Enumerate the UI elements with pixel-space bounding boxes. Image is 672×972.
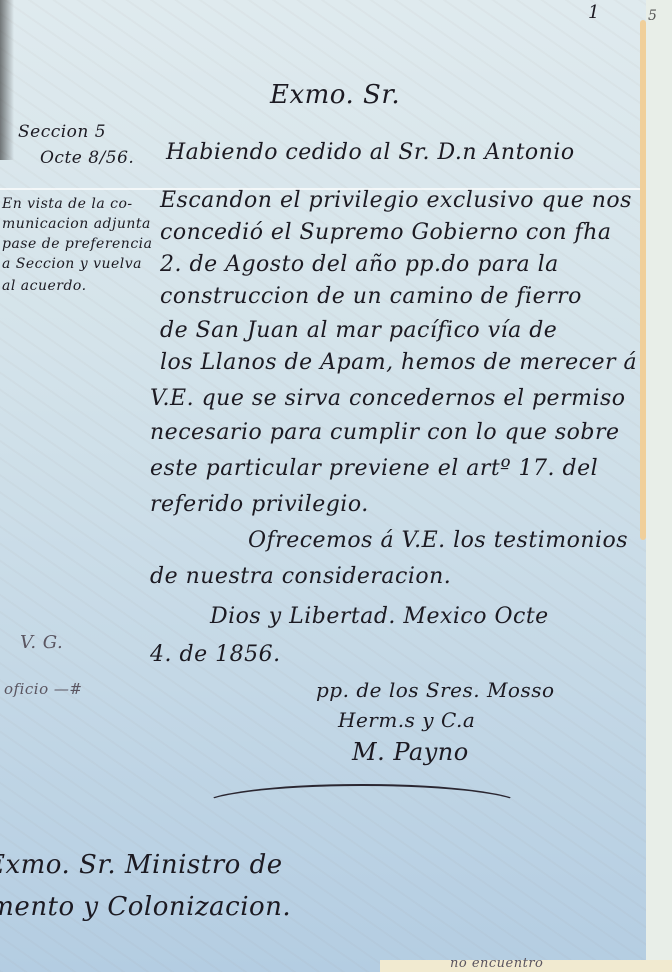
signature-flourish bbox=[200, 784, 524, 828]
body-line: este particular previene el artº 17. del bbox=[150, 456, 598, 481]
closing-line: de nuestra consideracion. bbox=[150, 564, 451, 589]
addressee-line: Fomento y Colonizacion. bbox=[0, 892, 291, 922]
body-line: necesario para cumplir con lo que sobre bbox=[150, 420, 620, 445]
margin-date-note: Octe 8/56. bbox=[40, 148, 134, 168]
page-number-mark: 1 bbox=[588, 2, 600, 23]
margin-oficio-note: oficio —# bbox=[4, 680, 82, 698]
signature-name: M. Payno bbox=[352, 738, 469, 766]
place-date-line: 4. de 1856. bbox=[150, 642, 281, 667]
body-line: construccion de un camino de fierro bbox=[160, 284, 582, 309]
underlying-page-fragment: no encuentro bbox=[450, 956, 543, 971]
margin-resolution-line: al acuerdo. bbox=[2, 278, 87, 294]
body-line: Habiendo cedido al Sr. D.n Antonio bbox=[166, 140, 575, 165]
signature-line: pp. de los Sres. Mosso bbox=[316, 678, 555, 702]
salutation: Exmo. Sr. bbox=[270, 80, 400, 110]
place-date-line: Dios y Libertad. Mexico Octe bbox=[210, 604, 549, 629]
margin-resolution-line: a Seccion y vuelva bbox=[2, 256, 142, 272]
adjacent-page-edge bbox=[646, 0, 672, 972]
body-line: los Llanos de Apam, hemos de merecer á bbox=[160, 350, 637, 375]
margin-initials: V. G. bbox=[20, 632, 63, 653]
margin-section-note: Seccion 5 bbox=[18, 122, 106, 142]
signature-line: Herm.s y C.a bbox=[338, 708, 475, 732]
manuscript-page: 1 5 Exmo. Sr. Seccion 5 Octe 8/56. En vi… bbox=[0, 0, 672, 972]
margin-resolution-line: En vista de la co- bbox=[2, 196, 133, 212]
addressee-line: Exmo. Sr. Ministro de bbox=[0, 850, 283, 880]
body-line: V.E. que se sirva concedernos el permiso bbox=[150, 386, 626, 411]
page-edge-shadow bbox=[0, 0, 14, 160]
margin-resolution-line: pase de preferencia bbox=[2, 236, 153, 252]
closing-line: Ofrecemos á V.E. los testimonios bbox=[248, 528, 628, 553]
body-line: 2. de Agosto del año pp.do para la bbox=[160, 252, 559, 277]
body-line: referido privilegio. bbox=[150, 492, 369, 517]
body-line: concedió el Supremo Gobierno con fha bbox=[160, 220, 611, 245]
body-line: de San Juan al mar pacífico vía de bbox=[160, 318, 557, 343]
margin-resolution-line: municacion adjunta bbox=[2, 216, 151, 232]
page-number-mark-secondary: 5 bbox=[648, 8, 657, 24]
body-line: Escandon el privilegio exclusivo que nos bbox=[160, 188, 632, 213]
